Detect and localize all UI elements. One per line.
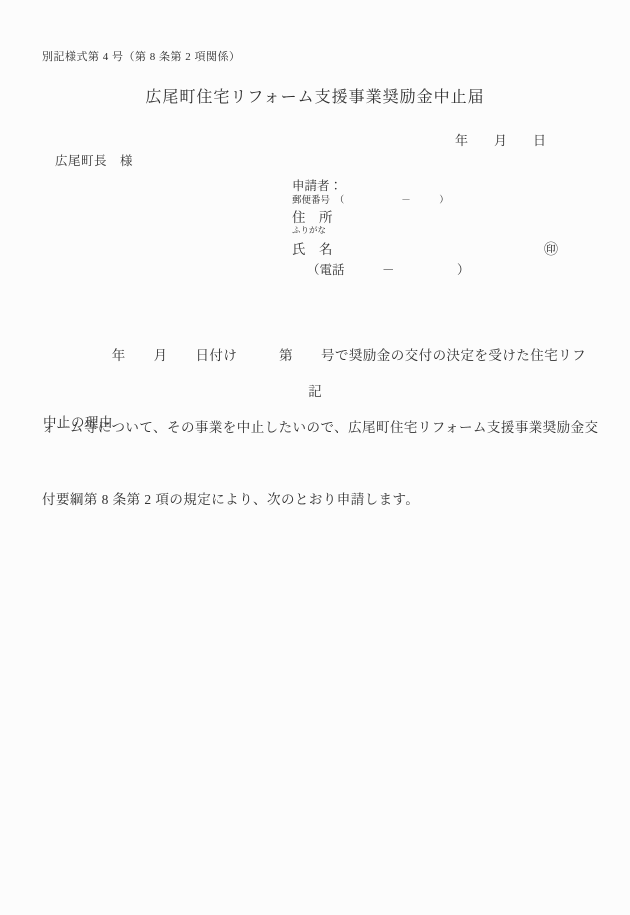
body-line-2: ォーム等について、その事業を中止したいので、広尾町住宅リフォーム支援事業奨励金交 [42, 416, 608, 440]
seal-icon: ㊞ [544, 239, 558, 259]
address-label: 住 所 [292, 206, 333, 226]
body-line-3: 付要綱第 8 条第 2 項の規定により、次のとおり申請します。 [42, 488, 608, 512]
document-title: 広尾町住宅リフォーム支援事業奨励金中止届 [0, 84, 630, 107]
postal-code-line: 郵便番号 （ － ） [292, 192, 449, 206]
body-line-1: 年 月 日付け 第 号で奨励金の交付の決定を受けた住宅リフ [42, 344, 608, 368]
section-marker: 記 [0, 380, 630, 400]
addressee: 広尾町長 様 [55, 151, 133, 169]
body-paragraph: 年 月 日付け 第 号で奨励金の交付の決定を受けた住宅リフ ォーム等について、そ… [42, 296, 608, 560]
phone-line: （電話 － ） [307, 260, 470, 278]
reason-label: 中止の理由 [43, 411, 113, 431]
date-line: 年 月 日 [455, 130, 546, 149]
furigana-label: ふりがな [292, 224, 326, 236]
document-page: 別記様式第 4 号（第 8 条第 2 項関係） 広尾町住宅リフォーム支援事業奨励… [0, 0, 630, 915]
name-label: 氏 名 [292, 238, 333, 258]
form-number: 別記様式第 4 号（第 8 条第 2 項関係） [42, 48, 241, 64]
